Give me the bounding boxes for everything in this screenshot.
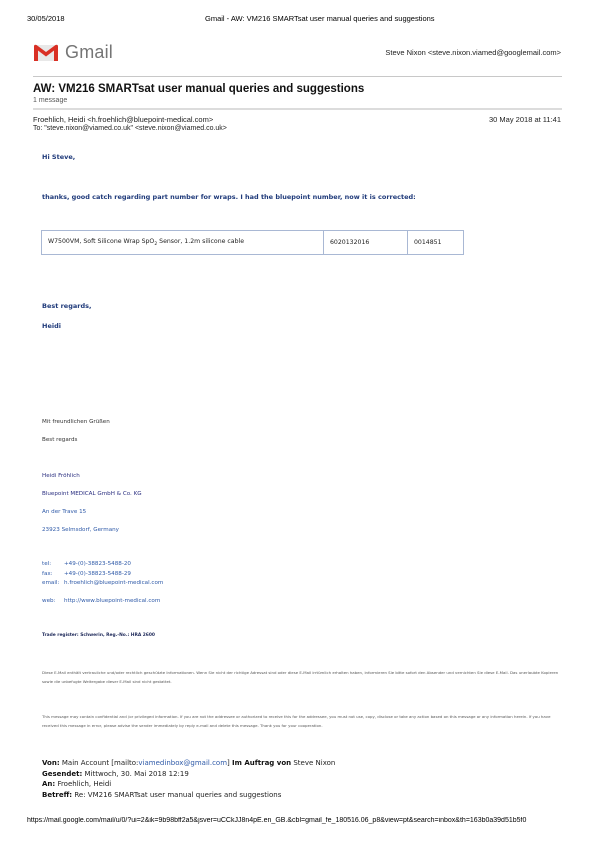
web-label: web:: [42, 598, 64, 604]
body-closing-name: Heidi: [42, 322, 61, 330]
message-from: Froehlich, Heidi <h.froehlich@bluepoint-…: [33, 115, 213, 124]
signature-name: Heidi Fröhlich: [42, 473, 80, 479]
part-number-2: 0014851: [408, 231, 464, 255]
sender-email[interactable]: <h.froehlich@bluepoint-medical.com>: [87, 115, 213, 124]
forwarded-from: Von: Main Account [mailto:viamedinbox@gm…: [42, 758, 335, 769]
forwarded-mailto-link[interactable]: viamedinbox@gmail.com: [138, 759, 227, 767]
body-text: thanks, good catch regarding part number…: [42, 193, 416, 201]
body-closing: Best regards,: [42, 302, 91, 310]
trade-register: Trade register: Schwerin, Reg.-No.: HRA …: [42, 633, 155, 638]
signature-street: An der Trave 15: [42, 509, 86, 515]
tel-label: tel:: [42, 561, 64, 567]
email-link[interactable]: h.froehlich@bluepoint-medical.com: [64, 580, 163, 586]
fax-label: fax:: [42, 571, 64, 577]
fax-value: +49-(0)-38823-5488-29: [64, 571, 131, 577]
print-date: 30/05/2018: [27, 14, 65, 23]
print-footer-url: https://mail.google.com/mail/u/0/?ui=2&i…: [27, 817, 596, 824]
signature-company: Bluepoint MEDICAL GmbH & Co. KG: [42, 491, 142, 497]
parts-table: W7500VM, Soft Silicone Wrap SpO2 Sensor,…: [41, 230, 464, 255]
web-link[interactable]: http://www.bluepoint-medical.com: [64, 598, 160, 604]
signature-web: web:http://www.bluepoint-medical.com: [42, 598, 160, 604]
signature-city: 23923 Selmsdorf, Germany: [42, 527, 119, 533]
print-title: Gmail - AW: VM216 SMARTsat user manual q…: [205, 14, 435, 23]
message-count: 1 message: [33, 97, 67, 104]
table-row: W7500VM, Soft Silicone Wrap SpO2 Sensor,…: [42, 231, 464, 255]
forwarded-to: An: Froehlich, Heidi: [42, 779, 335, 790]
signature-email: email:h.froehlich@bluepoint-medical.com: [42, 580, 163, 586]
message-date: 30 May 2018 at 11:41: [489, 115, 561, 124]
message-to: To: "steve.nixon@viamed.co.uk" <steve.ni…: [33, 125, 227, 132]
part-description: W7500VM, Soft Silicone Wrap SpO2 Sensor,…: [42, 231, 324, 255]
forwarded-sent: Gesendet: Mittwoch, 30. Mai 2018 12:19: [42, 769, 335, 780]
email-label: email:: [42, 580, 64, 586]
signature-tel: tel:+49-(0)-38823-5488-20: [42, 561, 131, 567]
gmail-m-envelope-icon: [33, 43, 59, 62]
forwarded-header: Von: Main Account [mailto:viamedinbox@gm…: [42, 758, 335, 800]
gmail-logo[interactable]: Gmail: [33, 42, 113, 63]
message-divider: [33, 108, 562, 110]
forwarded-subject: Betreff: Re: VM216 SMARTsat user manual …: [42, 790, 335, 801]
signature-greeting-de: Mit freundlichen Grüßen: [42, 419, 110, 425]
body-greeting: Hi Steve,: [42, 153, 75, 161]
thread-subject: AW: VM216 SMARTsat user manual queries a…: [33, 83, 364, 95]
signature-greeting-en: Best regards: [42, 437, 77, 443]
sender-name: Froehlich, Heidi: [33, 115, 85, 124]
tel-value: +49-(0)-38823-5488-20: [64, 561, 131, 567]
account-label: Steve Nixon <steve.nixon.viamed@googlema…: [385, 48, 561, 57]
header-divider: [33, 76, 562, 77]
part-number-1: 6020132016: [324, 231, 408, 255]
disclaimer-german: Diese E-Mail enthält vertrauliche und/od…: [42, 668, 562, 686]
signature-fax: fax:+49-(0)-38823-5488-29: [42, 571, 131, 577]
disclaimer-english: This message may contain confidential an…: [42, 712, 562, 730]
gmail-wordmark: Gmail: [65, 42, 113, 63]
